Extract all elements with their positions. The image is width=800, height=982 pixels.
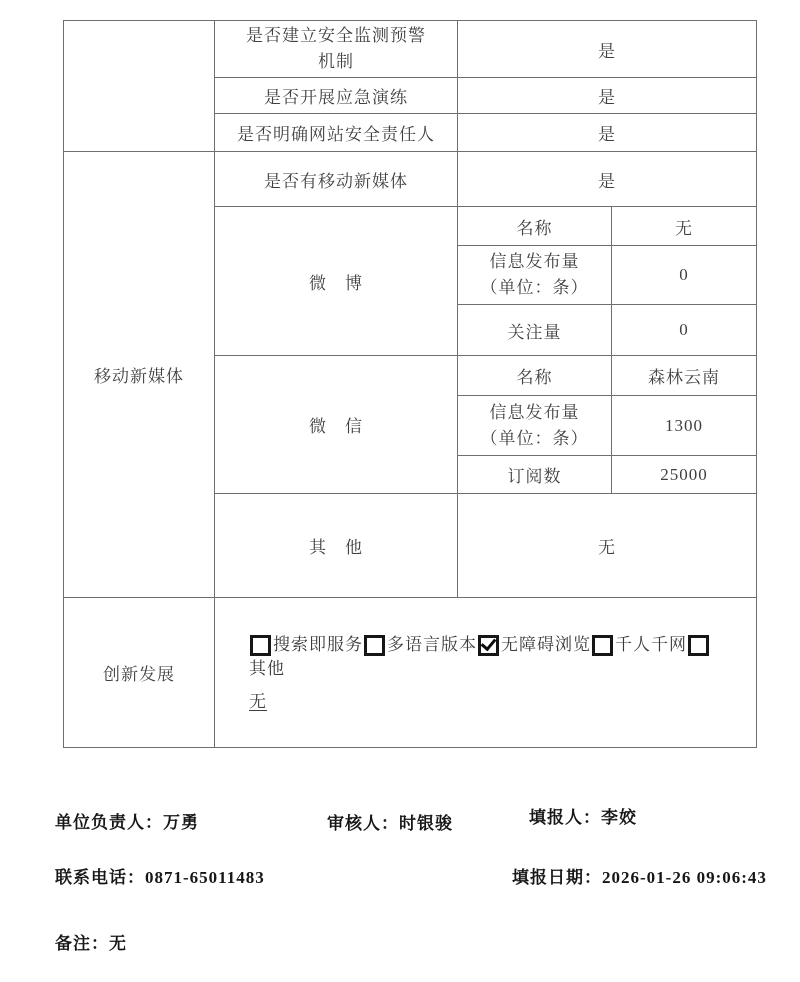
weibo-name-value: 无 xyxy=(612,207,757,246)
weibo-name-label: 名称 xyxy=(458,207,612,246)
wechat-name-label: 名称 xyxy=(458,356,612,396)
innovation-note: 无 xyxy=(249,687,746,712)
weibo-cell: 微 博 xyxy=(215,207,458,356)
footer-phone: 联系电话：0871-65011483 xyxy=(55,863,265,888)
checkbox-accessible-browsing[interactable] xyxy=(478,635,499,656)
wechat-subscribers-value: 25000 xyxy=(612,456,757,494)
security-question-line1: 是否建立安全监测预警 xyxy=(215,23,457,49)
security-question-monitoring: 是否建立安全监测预警 机制 xyxy=(215,21,458,78)
innovation-options-line: 搜索即服务多语言版本无障碍浏览千人千网其他 xyxy=(249,633,746,681)
security-question-responsible-person: 是否明确网站安全责任人 xyxy=(215,114,458,152)
checkbox-other[interactable] xyxy=(688,635,709,656)
other-media-label: 其 他 xyxy=(215,494,458,598)
innovation-content-cell: 搜索即服务多语言版本无障碍浏览千人千网其他 无 xyxy=(215,598,757,748)
checkbox-other-label: 其他 xyxy=(249,657,285,681)
has-mobile-media-value: 是 xyxy=(458,152,757,207)
checkbox-multilingual-version-label: 多语言版本 xyxy=(387,633,477,657)
footer-filler: 填报人：李姣 xyxy=(529,803,637,828)
category-innovation: 创新发展 xyxy=(64,598,215,748)
checkbox-multilingual-version[interactable] xyxy=(364,635,385,656)
has-mobile-media-label: 是否有移动新媒体 xyxy=(215,152,458,207)
weibo-followers-value: 0 xyxy=(612,305,757,356)
wechat-name-value: 森林云南 xyxy=(612,356,757,396)
footer-remark: 备注：无 xyxy=(55,929,127,954)
weibo-posts-label: 信息发布量 （单位：条） xyxy=(458,246,612,305)
footer-unit-head: 单位负责人：万勇 xyxy=(55,808,199,833)
wechat-posts-value: 1300 xyxy=(612,396,757,456)
security-question-line2: 机制 xyxy=(215,49,457,75)
category-cell-blank xyxy=(64,21,215,152)
wechat-posts-label: 信息发布量 （单位：条） xyxy=(458,396,612,456)
security-answer-monitoring: 是 xyxy=(458,21,757,78)
checkbox-personalized-web[interactable] xyxy=(592,635,613,656)
weibo-followers-label: 关注量 xyxy=(458,305,612,356)
security-answer-drill: 是 xyxy=(458,78,757,114)
security-question-drill: 是否开展应急演练 xyxy=(215,78,458,114)
other-media-value: 无 xyxy=(458,494,757,598)
security-answer-responsible-person: 是 xyxy=(458,114,757,152)
weibo-posts-value: 0 xyxy=(612,246,757,305)
checkbox-accessible-browsing-label: 无障碍浏览 xyxy=(501,633,591,657)
checkbox-search-as-service-label: 搜索即服务 xyxy=(273,633,363,657)
wechat-subscribers-label: 订阅数 xyxy=(458,456,612,494)
footer-reviewer: 审核人：时银骏 xyxy=(327,809,453,834)
category-mobile-media: 移动新媒体 xyxy=(64,152,215,598)
checkbox-search-as-service[interactable] xyxy=(250,635,271,656)
footer-date: 填报日期：2026-01-26 09:06:43 xyxy=(512,863,767,888)
wechat-cell: 微 信 xyxy=(215,356,458,494)
checkbox-personalized-web-label: 千人千网 xyxy=(615,633,687,657)
report-table: 是否建立安全监测预警 机制 是 是否开展应急演练 是 是否明确网站安全责任人 是… xyxy=(63,20,757,748)
